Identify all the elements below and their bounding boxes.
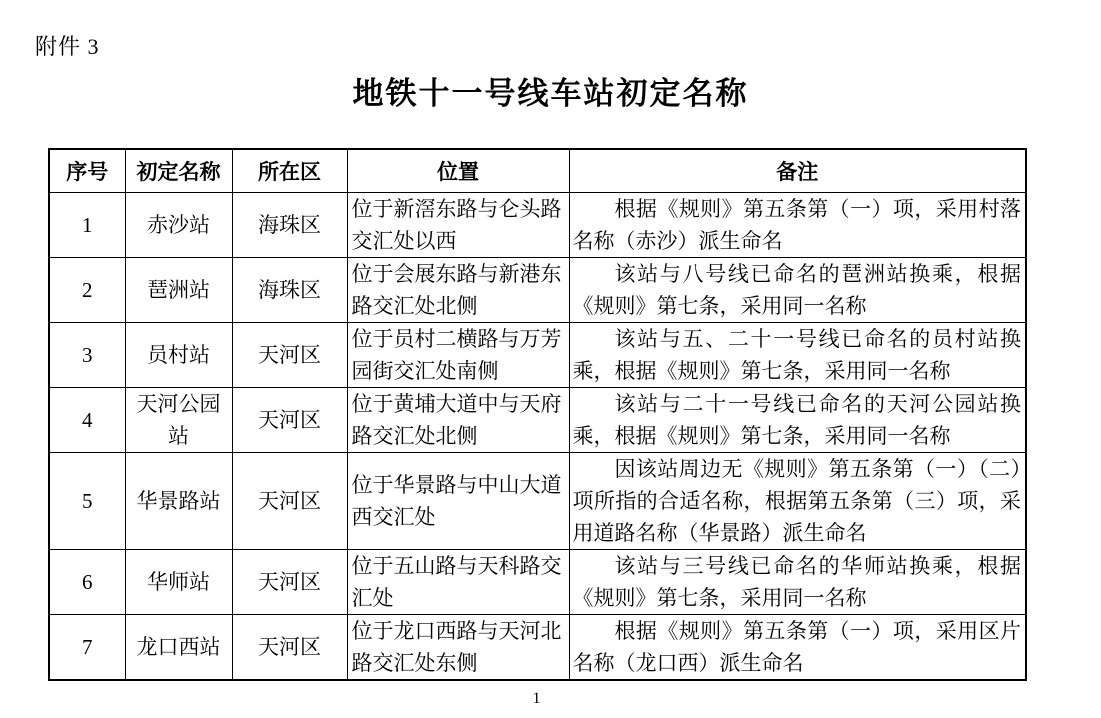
table-row: 6 华师站 天河区 位于五山路与天科路交汇处 该站与三号线已命名的华师站换乘，根… (49, 550, 1026, 615)
col-header-district: 所在区 (232, 149, 347, 193)
cell-district: 天河区 (232, 615, 347, 681)
table-row: 7 龙口西站 天河区 位于龙口西路与天河北路交汇处东侧 根据《规则》第五条第（一… (49, 615, 1026, 681)
cell-seq: 7 (49, 615, 125, 681)
remarks-text: 因该站周边无《规则》第五条第（一）（二）项所指的合适名称，根据第五条第（三）项，… (573, 453, 1022, 549)
cell-name: 天河公园站 (125, 388, 232, 453)
cell-district: 天河区 (232, 323, 347, 388)
cell-seq: 2 (49, 258, 125, 323)
station-names-table: 序号 初定名称 所在区 位置 备注 1 赤沙站 海珠区 位于新滘东路与仑头路交汇… (48, 148, 1027, 681)
table-row: 4 天河公园站 天河区 位于黄埔大道中与天府路交汇处北侧 该站与二十一号线已命名… (49, 388, 1026, 453)
remarks-text: 根据《规则》第五条第（一）项，采用区片名称（龙口西）派生命名 (573, 615, 1022, 679)
cell-remarks: 该站与三号线已命名的华师站换乘，根据《规则》第七条，采用同一名称 (569, 550, 1026, 615)
table-row: 5 华景路站 天河区 位于华景路与中山大道西交汇处 因该站周边无《规则》第五条第… (49, 453, 1026, 550)
cell-district: 天河区 (232, 550, 347, 615)
cell-location: 位于新滘东路与仑头路交汇处以西 (347, 193, 569, 258)
cell-seq: 6 (49, 550, 125, 615)
remarks-text: 该站与二十一号线已命名的天河公园站换乘，根据《规则》第七条，采用同一名称 (573, 388, 1022, 452)
cell-seq: 1 (49, 193, 125, 258)
cell-name: 华师站 (125, 550, 232, 615)
col-header-seq: 序号 (49, 149, 125, 193)
cell-seq: 5 (49, 453, 125, 550)
cell-district: 海珠区 (232, 258, 347, 323)
remarks-text: 该站与五、二十一号线已命名的员村站换乘，根据《规则》第七条，采用同一名称 (573, 323, 1022, 387)
table-row: 1 赤沙站 海珠区 位于新滘东路与仑头路交汇处以西 根据《规则》第五条第（一）项… (49, 193, 1026, 258)
remarks-text: 根据《规则》第五条第（一）项，采用村落名称（赤沙）派生命名 (573, 193, 1022, 257)
col-header-remarks: 备注 (569, 149, 1026, 193)
cell-remarks: 因该站周边无《规则》第五条第（一）（二）项所指的合适名称，根据第五条第（三）项，… (569, 453, 1026, 550)
table-row: 2 琶洲站 海珠区 位于会展东路与新港东路交汇处北侧 该站与八号线已命名的琶洲站… (49, 258, 1026, 323)
cell-remarks: 根据《规则》第五条第（一）项，采用村落名称（赤沙）派生命名 (569, 193, 1026, 258)
cell-remarks: 该站与二十一号线已命名的天河公园站换乘，根据《规则》第七条，采用同一名称 (569, 388, 1026, 453)
cell-location: 位于会展东路与新港东路交汇处北侧 (347, 258, 569, 323)
col-header-name: 初定名称 (125, 149, 232, 193)
cell-location: 位于黄埔大道中与天府路交汇处北侧 (347, 388, 569, 453)
cell-name: 华景路站 (125, 453, 232, 550)
remarks-text: 该站与八号线已命名的琶洲站换乘，根据《规则》第七条，采用同一名称 (573, 258, 1022, 322)
cell-name: 赤沙站 (125, 193, 232, 258)
cell-district: 天河区 (232, 453, 347, 550)
page-number: 1 (48, 690, 1025, 708)
attachment-label: 附件 3 (35, 30, 100, 61)
cell-location: 位于华景路与中山大道西交汇处 (347, 453, 569, 550)
cell-seq: 3 (49, 323, 125, 388)
cell-location: 位于员村二横路与万芳园街交汇处南侧 (347, 323, 569, 388)
cell-district: 天河区 (232, 388, 347, 453)
cell-remarks: 根据《规则》第五条第（一）项，采用区片名称（龙口西）派生命名 (569, 615, 1026, 681)
cell-location: 位于五山路与天科路交汇处 (347, 550, 569, 615)
table-row: 3 员村站 天河区 位于员村二横路与万芳园街交汇处南侧 该站与五、二十一号线已命… (49, 323, 1026, 388)
cell-remarks: 该站与五、二十一号线已命名的员村站换乘，根据《规则》第七条，采用同一名称 (569, 323, 1026, 388)
table-header-row: 序号 初定名称 所在区 位置 备注 (49, 149, 1026, 193)
col-header-location: 位置 (347, 149, 569, 193)
document-page: 附件 3 地铁十一号线车站初定名称 序号 初定名称 所在区 位置 备注 1 赤沙… (0, 0, 1101, 718)
cell-name: 龙口西站 (125, 615, 232, 681)
cell-remarks: 该站与八号线已命名的琶洲站换乘，根据《规则》第七条，采用同一名称 (569, 258, 1026, 323)
cell-seq: 4 (49, 388, 125, 453)
cell-name: 员村站 (125, 323, 232, 388)
remarks-text: 该站与三号线已命名的华师站换乘，根据《规则》第七条，采用同一名称 (573, 550, 1022, 614)
cell-district: 海珠区 (232, 193, 347, 258)
cell-location: 位于龙口西路与天河北路交汇处东侧 (347, 615, 569, 681)
page-title: 地铁十一号线车站初定名称 (0, 68, 1101, 113)
cell-name: 琶洲站 (125, 258, 232, 323)
